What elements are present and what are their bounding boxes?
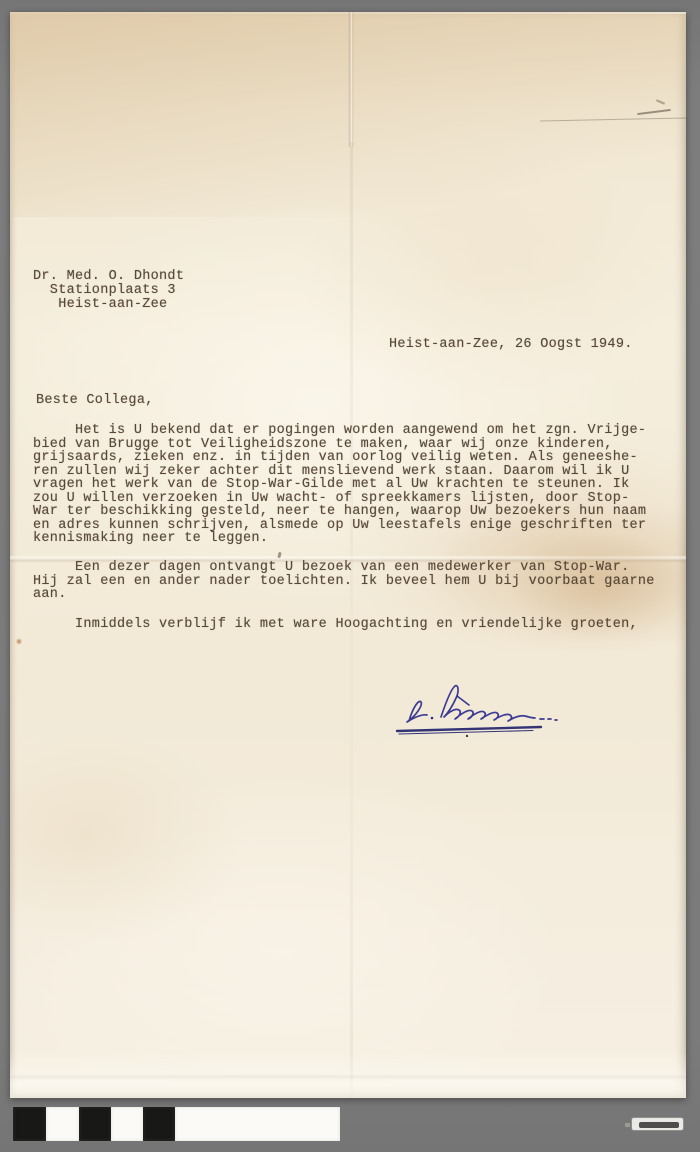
paper-crease-bottom: [10, 1074, 686, 1080]
calibration-strip: [13, 1107, 340, 1141]
scan-background: Dr. Med. O. Dhondt Stationplaats 3 Heist…: [0, 0, 700, 1152]
pencil-mark-dash: [637, 109, 671, 115]
paper-speck: [16, 638, 22, 645]
signature-ink: [383, 675, 583, 737]
calibration-square-black: [79, 1107, 111, 1141]
calibration-square-white: [46, 1107, 79, 1141]
paper-shading-top: [10, 12, 686, 217]
ink-speck: [277, 552, 281, 559]
sender-address: Dr. Med. O. Dhondt Stationplaats 3 Heist…: [33, 270, 184, 312]
body-paragraph-1: Het is U bekend dat er pogingen worden a…: [33, 424, 646, 546]
calibration-square-black: [143, 1107, 175, 1141]
calibration-bar-white: [175, 1107, 340, 1141]
pencil-mark-tick: [656, 99, 665, 104]
scale-marker-bar: [639, 1122, 679, 1128]
paper-shading-bottom: [10, 1052, 686, 1098]
letter-paper: Dr. Med. O. Dhondt Stationplaats 3 Heist…: [10, 12, 686, 1098]
body-paragraph-2: Een dezer dagen ontvangt U bezoek van ee…: [33, 561, 655, 602]
closing-line: Inmiddels verblijf ik met ware Hoogachti…: [33, 618, 638, 632]
scale-marker: [631, 1117, 684, 1131]
paper-fold-vertical: [348, 12, 354, 147]
date-line: Heist-aan-Zee, 26 Oogst 1949.: [389, 338, 633, 352]
salutation: Beste Collega,: [36, 394, 154, 408]
calibration-square-white: [111, 1107, 143, 1141]
pencil-mark: [540, 117, 688, 121]
scale-marker-nub: [625, 1123, 630, 1127]
calibration-square-black: [13, 1107, 46, 1141]
